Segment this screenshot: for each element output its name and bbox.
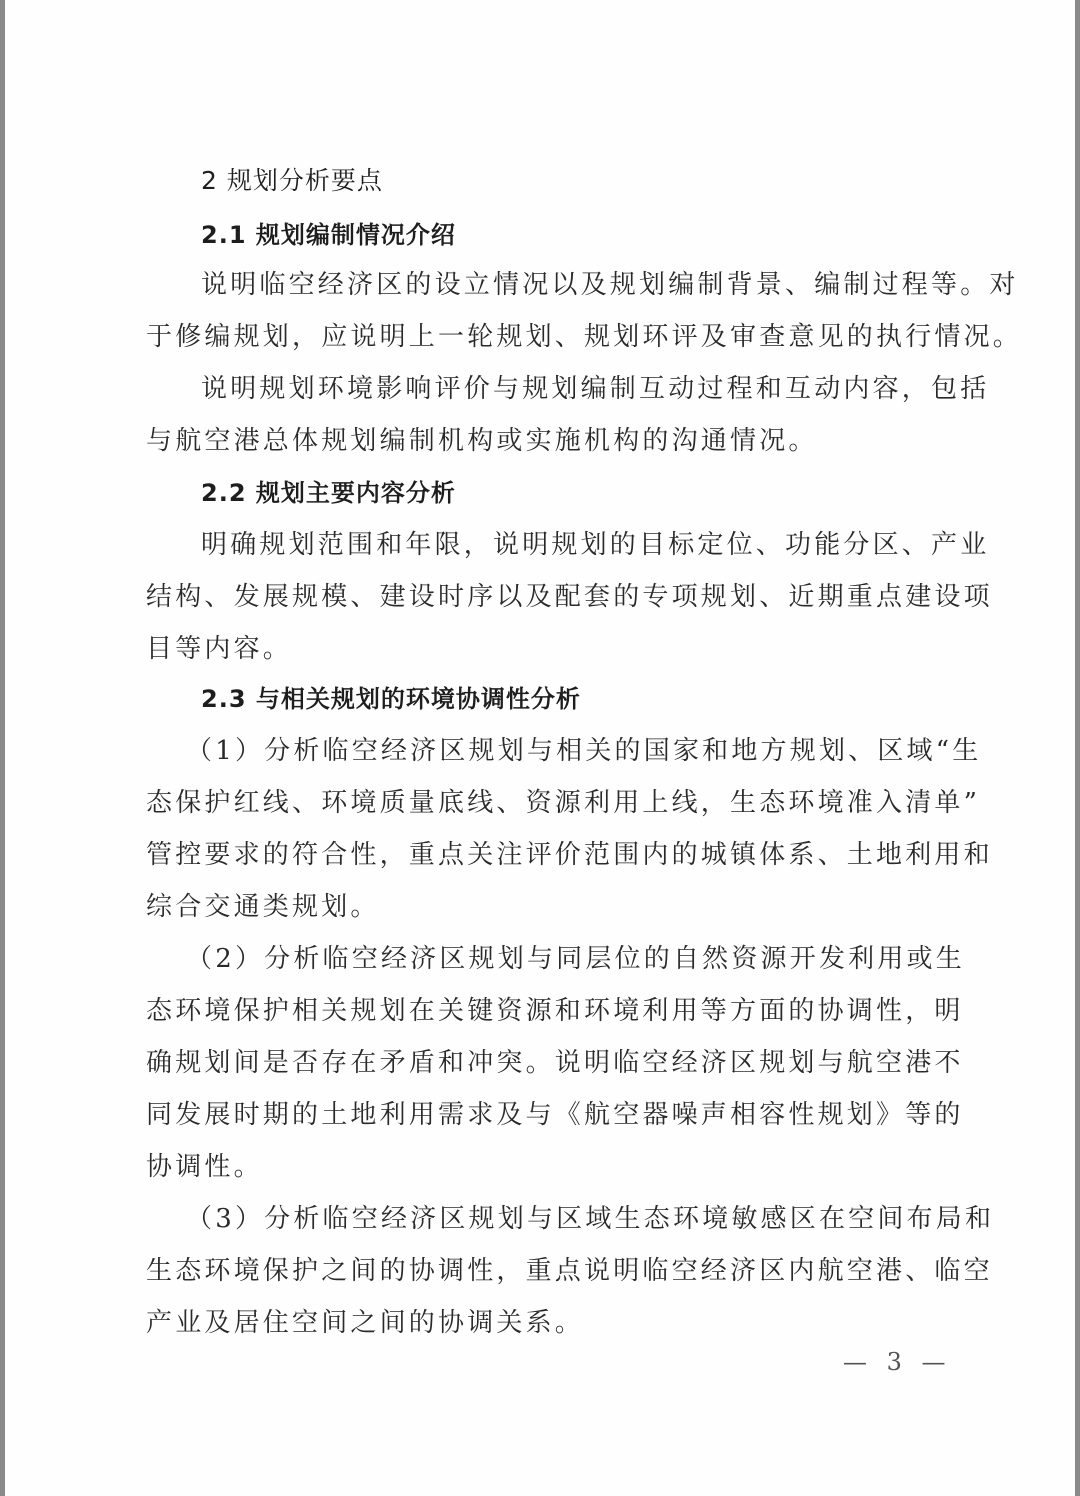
section-title: 2 规划分析要点 — [201, 164, 383, 198]
paragraph-line: 目等内容。 — [146, 632, 292, 666]
paragraph-line: 明确规划范围和年限，说明规划的目标定位、功能分区、产业 — [201, 528, 989, 562]
paragraph-line: 综合交通类规划。 — [146, 890, 380, 924]
paragraph-line: 于修编规划，应说明上一轮规划、规划环评及审查意见的执行情况。 — [146, 320, 1022, 354]
paragraph-line: （2）分析临空经济区规划与同层位的自然资源开发利用或生 — [186, 942, 965, 976]
paragraph-line: 态环境保护相关规划在关键资源和环境利用等方面的协调性，明 — [146, 994, 964, 1028]
subsection-heading-2-1: 2.1 规划编制情况介绍 — [201, 218, 456, 252]
paragraph-line: 管控要求的符合性，重点关注评价范围内的城镇体系、土地利用和 — [146, 838, 993, 872]
paragraph-line: 与航空港总体规划编制机构或实施机构的沟通情况。 — [146, 424, 818, 458]
subsection-heading-2-2: 2.2 规划主要内容分析 — [201, 476, 456, 510]
paragraph-line: 说明规划环境影响评价与规划编制互动过程和互动内容，包括 — [201, 372, 989, 406]
paragraph-line: （1）分析临空经济区规划与相关的国家和地方规划、区域“生 — [186, 734, 981, 768]
paragraph-line: 生态环境保护之间的协调性，重点说明临空经济区内航空港、临空 — [146, 1254, 993, 1288]
paragraph-line: 产业及居住空间之间的协调关系。 — [146, 1306, 584, 1340]
paragraph-line: 协调性。 — [146, 1150, 263, 1184]
document-page: 2 规划分析要点 2.1 规划编制情况介绍 说明临空经济区的设立情况以及规划编制… — [5, 0, 1075, 1496]
paragraph-line: 同发展时期的土地利用需求及与《航空器噪声相容性规划》等的 — [146, 1098, 964, 1132]
paragraph-line: 说明临空经济区的设立情况以及规划编制背景、编制过程等。对 — [201, 268, 1019, 302]
paragraph-line: 确规划间是否存在矛盾和冲突。说明临空经济区规划与航空港不 — [146, 1046, 964, 1080]
paragraph-line: 结构、发展规模、建设时序以及配套的专项规划、近期重点建设项 — [146, 580, 993, 614]
paragraph-line: （3）分析临空经济区规划与区域生态环境敏感区在空间布局和 — [186, 1202, 994, 1236]
subsection-heading-2-3: 2.3 与相关规划的环境协调性分析 — [201, 682, 581, 716]
paragraph-line: 态保护红线、环境质量底线、资源利用上线，生态环境准入清单” — [146, 786, 980, 820]
page-number: — 3 — — [843, 1348, 952, 1376]
